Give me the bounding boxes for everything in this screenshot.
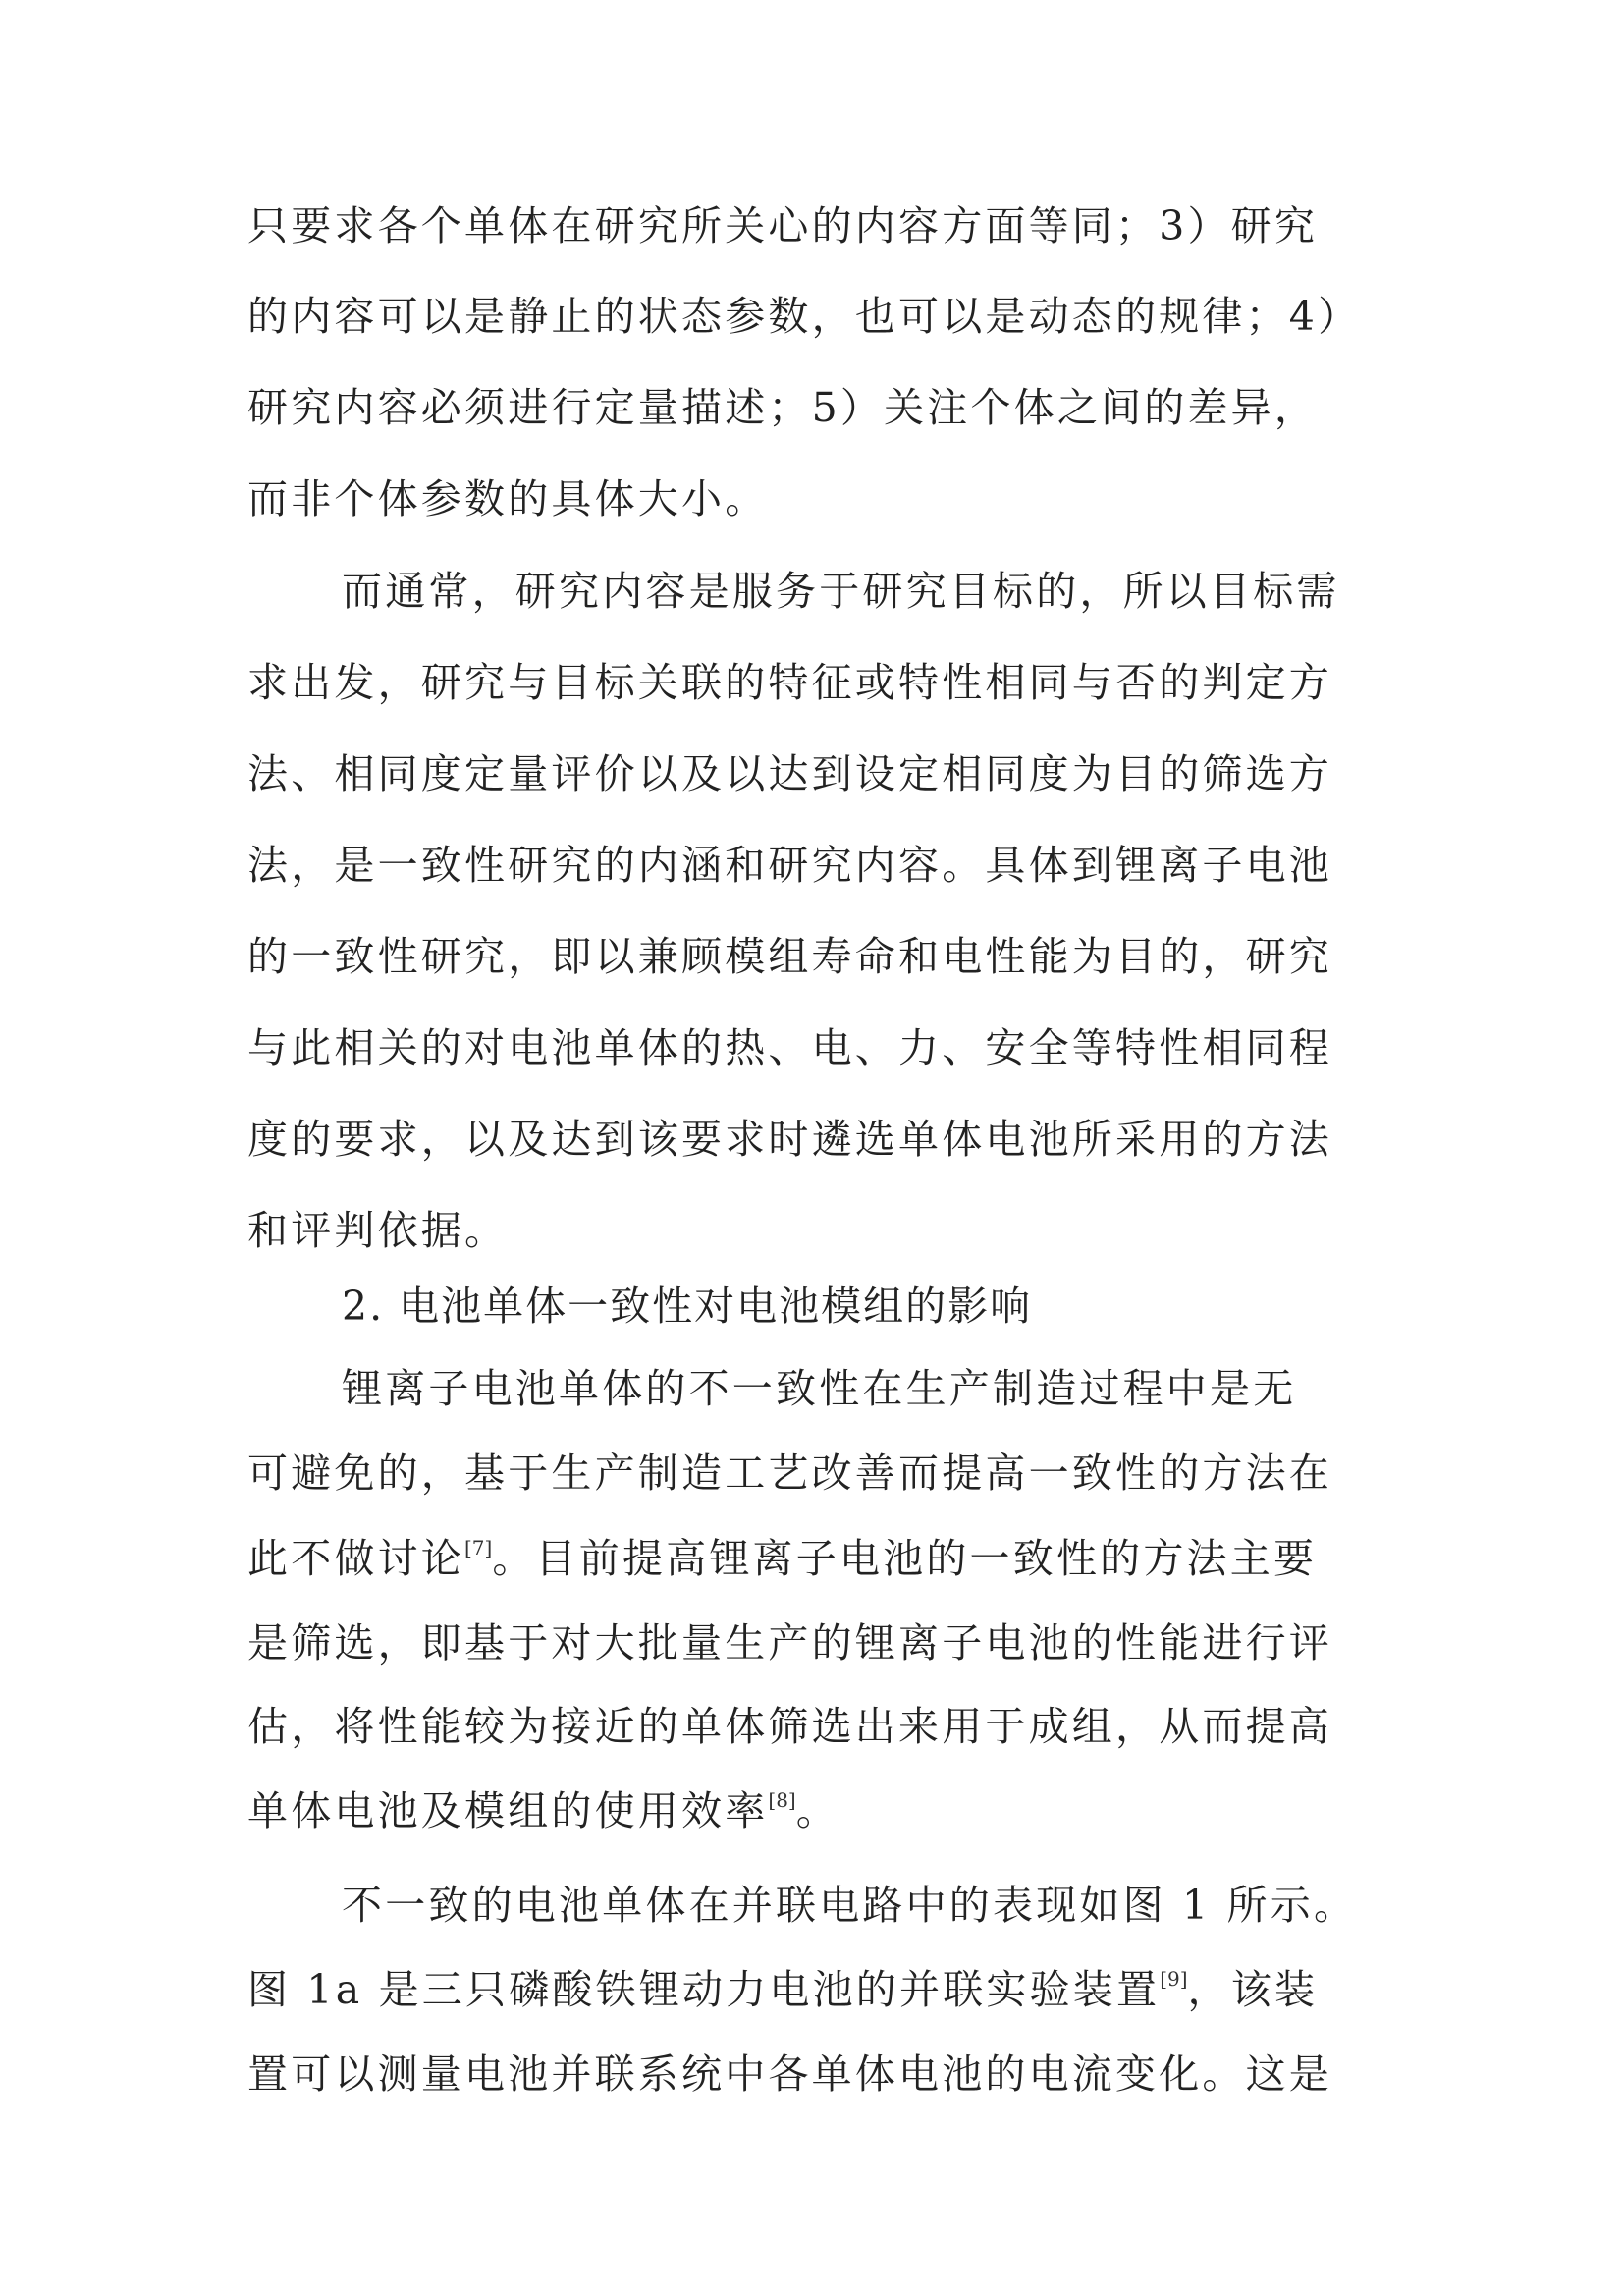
citation-ref-8[interactable]: [8] xyxy=(768,1788,795,1812)
text-line: 法，是一致性研究的内涵和研究内容。具体到锂离子电池 xyxy=(247,836,1332,895)
text-line: 的内容可以是静止的状态参数，也可以是动态的规律；4） xyxy=(247,287,1361,346)
text-line: 估，将性能较为接近的单体筛选出来用于成组，从而提高 xyxy=(247,1697,1332,1756)
text-line: 不一致的电池单体在并联电路中的表现如图 1 所示。 xyxy=(342,1876,1357,1935)
text-line: 置可以测量电池并联系统中各单体电池的电流变化。这是 xyxy=(247,2045,1332,2104)
text-line: 求出发，研究与目标关联的特征或特性相同与否的判定方 xyxy=(247,653,1332,712)
text-fragment: 单体电池及模组的使用效率 xyxy=(247,1787,768,1834)
text-fragment: 此不做讨论 xyxy=(247,1535,464,1582)
text-line: 而通常，研究内容是服务于研究目标的，所以目标需 xyxy=(342,562,1340,621)
text-fragment: 。 xyxy=(796,1787,839,1834)
text-line: 单体电池及模组的使用效率[8]。 xyxy=(247,1781,839,1840)
citation-ref-7[interactable]: [7] xyxy=(464,1536,492,1559)
text-line: 研究内容必须进行定量描述；5）关注个体之间的差异， xyxy=(247,378,1318,437)
text-line: 而非个体参数的具体大小。 xyxy=(247,469,768,528)
section-heading: 2. 电池单体一致性对电池模组的影响 xyxy=(342,1277,1032,1336)
text-line: 法、相同度定量评价以及以达到设定相同度为目的筛选方 xyxy=(247,744,1332,803)
citation-ref-9[interactable]: [9] xyxy=(1160,1967,1187,1991)
text-fragment: 图 1a 是三只磷酸铁锂动力电池的并联实验装置 xyxy=(247,1966,1160,2013)
text-fragment: ，该装 xyxy=(1188,1966,1319,2013)
text-line: 的一致性研究，即以兼顾模组寿命和电性能为目的，研究 xyxy=(247,927,1332,986)
text-line: 度的要求，以及达到该要求时遴选单体电池所采用的方法 xyxy=(247,1110,1332,1169)
text-line: 只要求各个单体在研究所关心的内容方面等同；3）研究 xyxy=(247,196,1318,255)
text-line: 图 1a 是三只磷酸铁锂动力电池的并联实验装置[9]，该装 xyxy=(247,1960,1318,2019)
text-line: 和评判依据。 xyxy=(247,1201,508,1260)
text-line: 可避免的，基于生产制造工艺改善而提高一致性的方法在 xyxy=(247,1444,1332,1503)
text-line: 是筛选，即基于对大批量生产的锂离子电池的性能进行评 xyxy=(247,1613,1332,1672)
text-line: 此不做讨论[7]。目前提高锂离子电池的一致性的方法主要 xyxy=(247,1529,1317,1588)
text-line: 与此相关的对电池单体的热、电、力、安全等特性相同程 xyxy=(247,1018,1332,1077)
text-fragment: 。目前提高锂离子电池的一致性的方法主要 xyxy=(492,1535,1317,1582)
text-line: 锂离子电池单体的不一致性在生产制造过程中是无 xyxy=(342,1359,1296,1418)
